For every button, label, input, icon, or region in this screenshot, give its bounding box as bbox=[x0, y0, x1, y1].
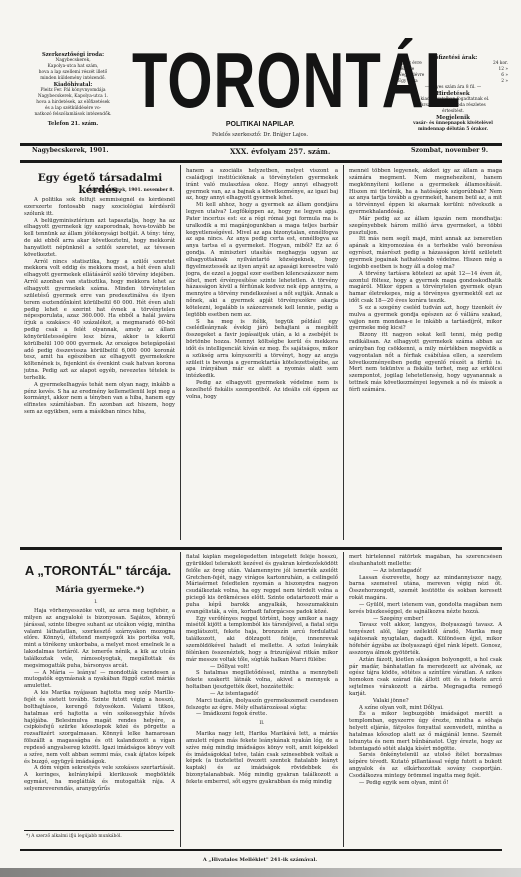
paragraph: A dóm végén sekrestyés vele szokásos sze… bbox=[24, 765, 175, 792]
volume-number: XXX. évfolyam 257. szám. bbox=[230, 147, 330, 156]
paragraph: mert hirtelennel rátörtek magában, ha sz… bbox=[349, 554, 502, 568]
article-dateline: Nagybecskerek, 1901. november 8. bbox=[60, 188, 174, 193]
footnote-rule bbox=[24, 830, 174, 831]
column-divider bbox=[180, 552, 181, 847]
dialogue: — Az istentagadó! bbox=[186, 691, 338, 698]
feuilleton-column-1: Haja vörhenyesszőke volt, az arca meg te… bbox=[24, 608, 175, 830]
dialogue: Valaki jönne? bbox=[349, 698, 502, 705]
story-title: Mária gyermeke.*) bbox=[40, 585, 160, 595]
dialogue: — Imádkozni fogok érette. bbox=[186, 711, 338, 718]
article-column-2: hanem a szociális helyzetben, melyet vis… bbox=[186, 168, 338, 538]
column-divider bbox=[180, 165, 181, 540]
part-number: I. bbox=[86, 600, 106, 605]
paragraph: Bizony itt nagyon sokat kell tenni, még … bbox=[349, 332, 502, 394]
paragraph: Egy verőfényes reggel történt, hogy amik… bbox=[186, 616, 338, 664]
paragraph: Pedig az elhagyott gyermekek védelme nem… bbox=[186, 380, 338, 401]
section-rule bbox=[20, 547, 502, 550]
paragraph: S ez a szegény cseléd tudván azt, hogy t… bbox=[349, 305, 502, 332]
dateline-rule bbox=[20, 160, 502, 163]
paragraph: mennél többen legyenek, akiket így az ál… bbox=[349, 168, 502, 216]
article-column-3: mennél többen legyenek, akiket így az ál… bbox=[349, 168, 502, 538]
bottom-rule bbox=[20, 849, 502, 851]
paragraph: Sarsis önkénytelenül az utolsó ítélet bo… bbox=[349, 752, 502, 779]
page-edge-shadow bbox=[0, 868, 521, 877]
dialogue: — Az istentagadó! bbox=[349, 568, 502, 575]
column-divider bbox=[343, 165, 344, 540]
paragraph: Haja vörhenyesszőke volt, az arca meg te… bbox=[24, 608, 175, 670]
feuilleton-column-2: fiatal káplán megelégedetten integetett … bbox=[186, 554, 338, 846]
newspaper-title: TORONTÁL bbox=[132, 42, 394, 120]
newspaper-subtitle: POLITIKAI NAPILAP. bbox=[160, 121, 360, 128]
price-value: 2 » bbox=[501, 79, 508, 85]
paragraph: Marci tisztán, ibolyaszín gyermekszemeit… bbox=[186, 698, 338, 712]
paragraph: S ha meg is itélik, tegyük például egy c… bbox=[186, 319, 338, 381]
masthead-rule bbox=[20, 143, 502, 146]
editorial-office-box: Szerkesztőségi iroda: Nagybecskerek, Kap… bbox=[22, 52, 124, 127]
paragraph: A kis Marika nyájasan hajtotta meg szép … bbox=[24, 690, 175, 765]
paragraph: A gyermekelhagyás tehát nem olyan nagy, … bbox=[24, 382, 175, 416]
issue-date: Szombat, november 9. bbox=[411, 147, 488, 154]
paragraph: Lassan észrevette, hogy az mindannyiszor… bbox=[349, 575, 502, 602]
feuilleton-header: A „TORONTÁL" tárcája. bbox=[18, 563, 178, 578]
dateline: Nagybecskerek, 1901. XXX. évfolyam 257. … bbox=[20, 147, 502, 159]
office-line: natkozó felszólamlások intézendők. bbox=[22, 112, 124, 118]
part-number: II. bbox=[186, 721, 338, 728]
paragraph: — Gyülöl, mert istenem van, gondolta mag… bbox=[349, 602, 502, 616]
paragraph: S hatalmas megilletődéssel, mintha a men… bbox=[186, 670, 338, 691]
appears-line: mindennap délután 5 órakor. bbox=[398, 127, 508, 133]
paragraph: — A Mária — leánya! — mondották csendese… bbox=[24, 670, 175, 691]
paragraph: A politika sok felfujt semmiségnél és ké… bbox=[24, 197, 175, 218]
column-divider bbox=[343, 552, 344, 847]
newspaper-page: Szerkesztőségi iroda: Nagybecskerek, Kap… bbox=[0, 0, 521, 877]
paragraph: A törvény tartásra kötelezi az apát 12—1… bbox=[349, 271, 502, 305]
paragraph: A belügyminisztérium azt tapasztalja, ho… bbox=[24, 218, 175, 259]
telephone: Telefon 21. szám. bbox=[22, 121, 124, 127]
feuilleton-column-3: mert hirtelennel rátörtek magában, ha sz… bbox=[349, 554, 502, 846]
footnote: *) A szerző alkalmi ifjú legújabb munkáb… bbox=[26, 834, 176, 839]
paragraph: Arról nincs statisztika, hogy a szülői s… bbox=[24, 259, 175, 382]
paragraph: hanem a szociális helyzetben, melyet vis… bbox=[186, 168, 338, 202]
editor-line: Felelős szerkesztő: Dr. Brájjer Lajos. bbox=[160, 132, 360, 138]
article-column-1: A politika sok felfujt semmiségnél és ké… bbox=[24, 197, 175, 537]
paragraph: fiatal káplán megelégedetten integetett … bbox=[186, 554, 338, 616]
paragraph: Marika nagy lett, Harika Marikává lett, … bbox=[186, 731, 338, 786]
paragraph: Tavasz volt akkor, langyos, ibolyaszagú … bbox=[349, 622, 502, 656]
paragraph: Itt más nem segít majd, mint annak az is… bbox=[349, 236, 502, 270]
paragraph: És a mikor legbuzgóbb imádságot merült a… bbox=[349, 711, 502, 752]
paragraph: Mi kell ahhoz, hogy a gyermek az állam g… bbox=[186, 202, 338, 318]
paragraph: Már pedig az az állam igazán nem mondhat… bbox=[349, 216, 502, 237]
supplement-note: A „Hivatalos Melléklet" 241-ik számával. bbox=[180, 857, 340, 863]
place-year: Nagybecskerek, 1901. bbox=[32, 147, 109, 154]
paragraph: Aztán fázott, kietlen síkságon bolyongot… bbox=[349, 657, 502, 698]
dialogue: — Pedig egyik sem olyan, mint ő! bbox=[349, 780, 502, 787]
